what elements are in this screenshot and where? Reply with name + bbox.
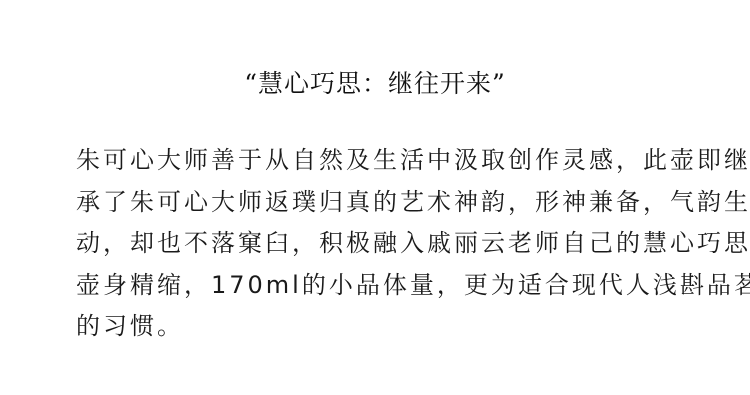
paragraph-line: 承了朱可心大师返璞归真的艺术神韵，形神兼备，气韵生 (76, 182, 686, 224)
section-title: “慧心巧思：继往开来” (0, 64, 750, 104)
paragraph-line: 壶身精缩，170ml的小品体量，更为适合现代人浅斟品茗 (76, 265, 686, 307)
paragraph-line: 动，却也不落窠臼，积极融入戚丽云老师自己的慧心巧思。 (76, 223, 686, 265)
description-paragraph: 朱可心大师善于从自然及生活中汲取创作灵感，此壶即继 承了朱可心大师返璞归真的艺术… (76, 140, 686, 348)
paragraph-line: 朱可心大师善于从自然及生活中汲取创作灵感，此壶即继 (76, 140, 686, 182)
paragraph-line: 的习惯。 (76, 306, 686, 348)
